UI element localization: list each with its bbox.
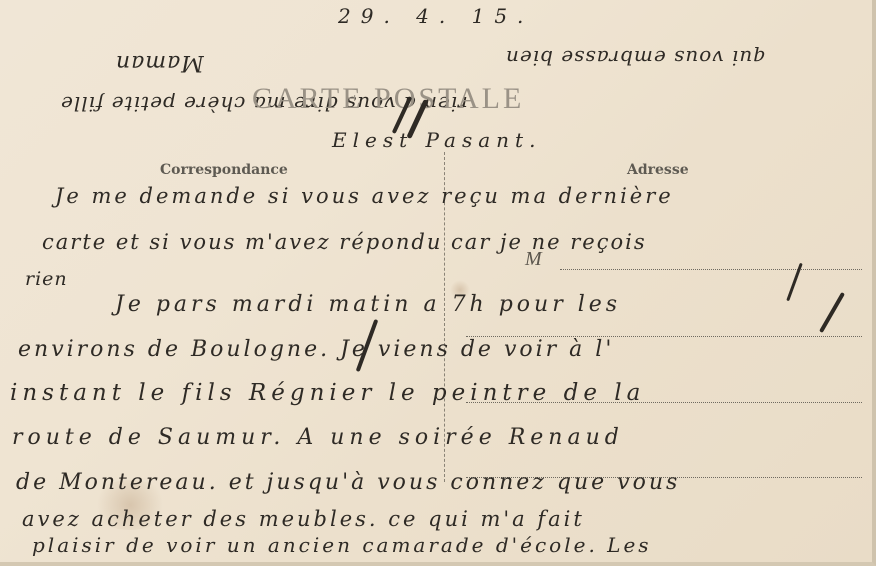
postcard-back: 29. 4. 15. qui vous embrasse bien rien a…	[0, 0, 876, 566]
body-line: carte et si vous m'avez répondu car je n…	[42, 230, 647, 254]
body-line: plaisir de voir un ancien camarade d'éco…	[32, 533, 652, 557]
body-line: route de Saumur. A une soirée Renaud	[12, 425, 624, 450]
address-label: Adresse	[627, 162, 689, 178]
body-line: de Montereau. et jusqu'à vous connez que…	[16, 470, 680, 495]
body-line: Je pars mardi matin a 7h pour les	[115, 292, 621, 317]
upside-down-line: Maman	[115, 50, 204, 75]
body-line: avez acheter des meubles. ce qui m'a fai…	[22, 507, 585, 531]
body-line: environs de Boulogne. Je viens de voir à…	[18, 337, 614, 362]
body-line: instant le fils Régnier le peintre de la	[10, 380, 645, 406]
correspondance-label: Correspondance	[160, 162, 288, 178]
body-line: Je me demande si vous avez reçu ma derni…	[55, 184, 674, 208]
postcard-title: CARTE POSTALE	[252, 82, 524, 116]
address-line-1	[560, 269, 862, 270]
upside-down-line: qui vous embrasse bien	[505, 46, 766, 70]
body-line: rien	[25, 268, 68, 290]
handwritten-heading: Elest Pasant.	[332, 128, 541, 152]
ink-stroke	[819, 292, 845, 333]
handwritten-date: 29. 4. 15.	[338, 4, 533, 28]
